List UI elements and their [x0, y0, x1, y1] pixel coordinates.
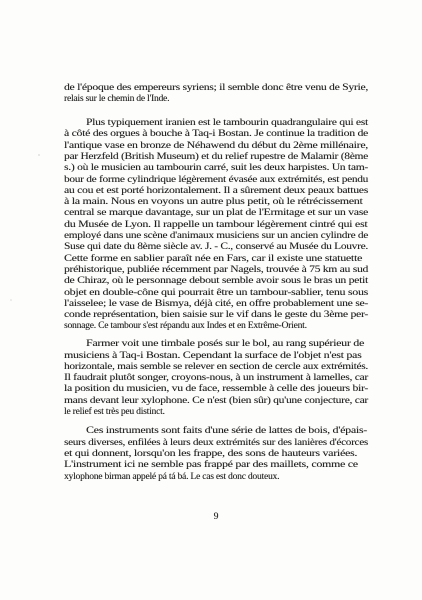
text-line: mans devant leur xylophone. Ce n'est (bi…	[64, 396, 368, 407]
paragraph: de l'époque des empereurs syriens; il se…	[64, 83, 368, 106]
text-line: Suse qui date du 8ème siècle av. J. - C.…	[64, 242, 368, 253]
paragraph: Ces instruments sont faits d'une série d…	[64, 426, 368, 482]
text-line: de Chiraz, où le personnage debout sembl…	[64, 276, 368, 287]
text-line: par Herzfeld (British Museum) et du reli…	[64, 152, 368, 163]
text-line: relais sur le chemin de l'Inde.	[64, 94, 368, 105]
text-line: Ces instruments sont faits d'une série d…	[64, 426, 368, 437]
text-line: le relief est très peu distinct.	[64, 407, 368, 418]
scan-speck	[38, 154, 40, 156]
text-line: Farmer voit une timbale posés sur le bol…	[64, 339, 368, 350]
text-line: employé dans une scène d'animaux musicie…	[64, 231, 368, 242]
text-line: Cette forme en sablier paraît née en Far…	[64, 254, 368, 265]
text-line: objet en double-cône qui pourrait être u…	[64, 288, 368, 299]
text-line: xylophone birman appelé pá tá bá. Le cas…	[64, 472, 368, 483]
page-number: 9	[64, 512, 368, 523]
text-line: au cou et est porté horizontalement. Il …	[64, 186, 368, 197]
scan-speck	[10, 299, 12, 301]
text-line: de l'époque des empereurs syriens; il se…	[64, 83, 368, 94]
text-line: s.) où le musicien au tambourin carré, s…	[64, 163, 368, 174]
text-line: musiciens à Taq-i Bostan. Cependant la s…	[64, 351, 368, 362]
paragraph: Plus typiquement iranien est le tambouri…	[64, 118, 368, 333]
text-line: l'antique vase en bronze de Néhawend du …	[64, 141, 368, 152]
text-line: L'instrument ici ne semble pas frappé pa…	[64, 460, 368, 471]
text-line: la position du musicien, vu de face, res…	[64, 384, 368, 395]
text-line: Il faudrait plutôt songer, croyons-nous,…	[64, 373, 368, 384]
book-page: de l'époque des empereurs syriens; il se…	[0, 0, 422, 600]
text-line: préhistorique, publiée récemment par Nag…	[64, 265, 368, 276]
text-line: sonnage. Ce tambour s'est répandu aux In…	[64, 321, 368, 332]
text-line: Plus typiquement iranien est le tambouri…	[64, 118, 368, 129]
text-line: horizontale, mais semble se relever en s…	[64, 362, 368, 373]
text-line: à côté des orgues à bouche à Taq-i Bosta…	[64, 129, 368, 140]
text-line: seurs diverses, enfilées à leurs deux ex…	[64, 438, 368, 449]
text-line: à la main. Nous en voyons un autre plus …	[64, 197, 368, 208]
text-line: bour de forme cylindrique légèrement éva…	[64, 175, 368, 186]
text-line: conde représentation, bien saisie sur le…	[64, 310, 368, 321]
text-line: et qui donnent, lorsqu'on les frappe, de…	[64, 449, 368, 460]
text-line: l'aisselee; le vase de Bismya, déjà cité…	[64, 299, 368, 310]
text-line: du Musée de Lyon. Il rappelle un tambour…	[64, 220, 368, 231]
text-line: central se marque davantage, sur un plat…	[64, 208, 368, 219]
page-text-block: de l'époque des empereurs syriens; il se…	[64, 83, 368, 483]
paragraph: Farmer voit une timbale posés sur le bol…	[64, 339, 368, 418]
